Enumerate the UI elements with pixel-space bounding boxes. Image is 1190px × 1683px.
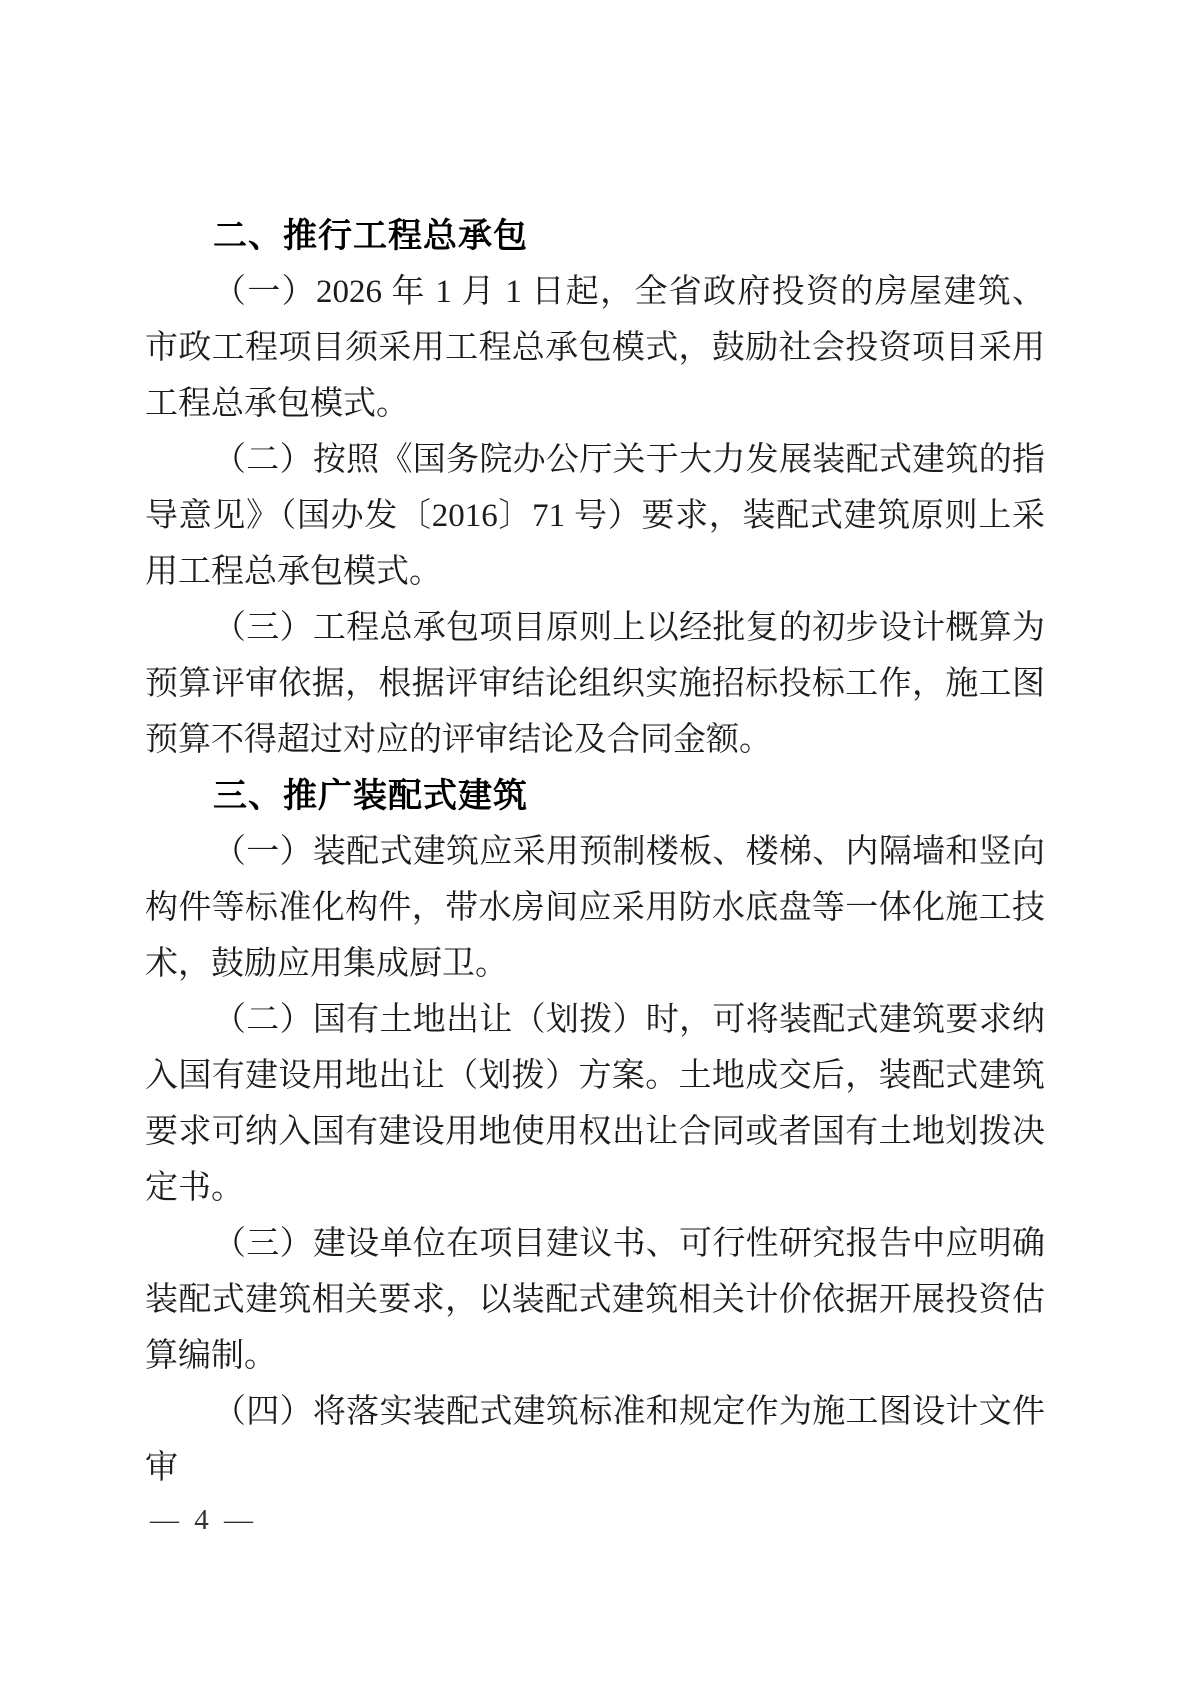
paragraph-2-3: （三）工程总承包项目原则上以经批复的初步设计概算为预算评审依据，根据评审结论组织… <box>145 600 1045 768</box>
paragraph-2-2: （二）按照《国务院办公厅关于大力发展装配式建筑的指导意见》（国办发〔2016〕7… <box>145 432 1045 600</box>
document-page: 二、推行工程总承包 （一）2026 年 1 月 1 日起，全省政府投资的房屋建筑… <box>0 0 1190 1683</box>
page-number: — 4 — <box>150 1502 253 1538</box>
document-body: 二、推行工程总承包 （一）2026 年 1 月 1 日起，全省政府投资的房屋建筑… <box>145 208 1045 1496</box>
paragraph-3-4: （四）将落实装配式建筑标准和规定作为施工图设计文件审 <box>145 1384 1045 1496</box>
paragraph-3-1: （一）装配式建筑应采用预制楼板、楼梯、内隔墙和竖向构件等标准化构件，带水房间应采… <box>145 824 1045 992</box>
paragraph-2-1: （一）2026 年 1 月 1 日起，全省政府投资的房屋建筑、市政工程项目须采用… <box>145 264 1045 432</box>
paragraph-3-2: （二）国有土地出让（划拨）时，可将装配式建筑要求纳入国有建设用地出让（划拨）方案… <box>145 992 1045 1216</box>
section-heading-2: 二、推行工程总承包 <box>145 208 1045 264</box>
section-heading-3: 三、推广装配式建筑 <box>145 768 1045 824</box>
paragraph-3-3: （三）建设单位在项目建议书、可行性研究报告中应明确装配式建筑相关要求，以装配式建… <box>145 1216 1045 1384</box>
